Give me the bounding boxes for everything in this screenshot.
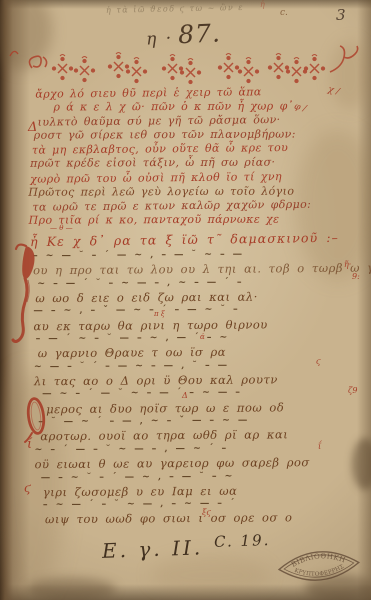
margin-mark: ἧ (260, 0, 265, 9)
treatise-line: Πρῶτος περὶ λεῶ γεὺ λογείω ω τοῖο λόγιο (28, 184, 358, 200)
catalog-value: 87. (177, 18, 221, 49)
neume-line: ~ – ´ — – ˘ ~ — – ‚ — ~ ´ – (34, 442, 364, 458)
shelfmark-main: Ε. γ. ΙΙ. (102, 535, 204, 563)
neume-line: — ~ – ´ — ˘ ~ – — ´ – ~ — – (42, 386, 364, 402)
neume-line: — – ~ ˘ – ´ — ~ ‚ – — ˘ – ~ (41, 469, 365, 485)
chant-line-pair: – ~ — ´ – ˘ ~ — ‚ – ~ — – ´ ωιψ του ωωδ … (35, 497, 365, 527)
library-stamp: ΒΙΒΛΙΟΘΗΚΗ ΚΡΥΠΤΟΦΕΡΡΗΣ (274, 539, 364, 594)
stain (150, 555, 270, 595)
treatise-line: πρῶτ κρέδε εἰσοὶ τάξιν, ὦ πῆ σω ρίασ· (30, 156, 358, 172)
neume-line: ~ — – ˘ ´ – — ~ – — ‚ ˘ – — (34, 358, 364, 374)
margin-mark: ά (200, 333, 205, 341)
neume-line: — – ~ ‚ – ˇ — ~ – ´ – — ~ ˘ – (33, 303, 363, 319)
svg-text:ΚΡΥΠΤΟΦΕΡΡΗΣ: ΚΡΥΠΤΟΦΕΡΡΗΣ (293, 563, 346, 579)
margin-mark: ϛ (24, 481, 31, 495)
margin-mark: ί (27, 437, 32, 452)
chant-line-pair: — – ~ ‚ – ˇ — ~ – ´ – — ~ ˘ – αυ εκ ταρω… (33, 303, 363, 333)
shelfmark-secondary: C. 19. (214, 531, 271, 551)
margin-mark: ΐ (318, 442, 321, 451)
treatise-line: ρ ά κ ε λ χ ῶ· πῶν ὁ κ πῶν ἦ χωρ φ᾿ (53, 99, 357, 114)
chant-line-pair: ~ – ´ — – ˘ ~ — – ‚ — ~ ´ – οϋ ειωαι θ ω… (34, 442, 364, 472)
chant-line-pair: ~ – — ´ ˘ – ~ — – ‚ ~ – — ´ – ω ωο δ ειε… (33, 275, 363, 305)
neume-line: – ˘ — ~ ´ – — ‚ ~ – ˇ — – ~ — (38, 414, 364, 430)
manuscript-page: ἡ τὰ ἰῶ ϑεοδ ϛ τω ~ ὢν ε 3 η · 87. (0, 0, 371, 600)
margin-mark: — θ — (50, 224, 73, 232)
red-initial-swash (13, 242, 45, 354)
chant-line-pair: — – ~ ˘ – ´ — ~ ‚ – — ˘ – ~ γιρι ζωσομεβ… (35, 469, 365, 499)
margin-mark: ἥ· (344, 260, 351, 269)
chant-heading-damascene: ἦ Κε χ δ᾿ ρα τα ξ ϊῶ τ῀ δαμασκινοῦ :– (30, 230, 339, 249)
chant-line-pair: – — ´ ~ – ˘ — – ~ ‚ — ´ – ~ ω γαρνιο Θρα… (34, 331, 364, 361)
treatise-line: ροστ γῶ σίρεκ ιεθ σου τῶν πλανομβήρων: (34, 128, 358, 144)
margin-mark: c. (280, 8, 288, 18)
stain (26, 578, 116, 600)
shelfmark: Ε. γ. ΙΙ. C. 19. (102, 533, 265, 563)
stamp-text-bottom: ΚΡΥΠΤΟΦΕΡΡΗΣ (293, 563, 346, 579)
neume-line: ~ – — ´ ˘ – ~ — – ‚ ~ – — ´ – (37, 275, 363, 291)
margin-mark: Δ (182, 391, 188, 400)
headpiece-ornament-band (24, 46, 360, 90)
chant-line-pair: – ~ — ˘ – ´ — ~ ‚ – — ˘ ~ – — ου η προ τ… (33, 248, 363, 278)
treatise-line: Προ τιῖα ρί κ κο, πανταχοῦ πάρνωκε χε (29, 212, 359, 228)
chant-notation-block: – ~ — ˘ – ´ — ~ ‚ – — ˘ ~ – — ου η προ τ… (33, 248, 365, 527)
margin-mark: Δ (28, 120, 37, 135)
margin-mark: 9: (352, 272, 360, 281)
margin-mark: ζ9 (348, 386, 357, 395)
folio-number: 3 (336, 6, 346, 24)
margin-mark: π ξ (154, 310, 165, 318)
treatise-text-block: ἄρχο λό σιευ θῦ περὶ ἑ χειρ τῶ ἅπα ρ ά κ… (27, 84, 358, 228)
chant-line-pair: — ~ – ´ — ˘ ~ – — ´ – ~ — – μερος αι δυο… (34, 386, 364, 416)
margin-mark: ξϛ (202, 508, 211, 517)
chant-line-pair: ~ — – ˘ ´ – — ~ – — ‚ ˘ – — λι τας αο ο … (34, 358, 364, 388)
margin-mark: ϛ (316, 357, 320, 366)
chant-line-pair: – ˘ — ~ ´ – — ‚ ~ – ˇ — – ~ — αροτωρ. ου… (34, 414, 364, 444)
